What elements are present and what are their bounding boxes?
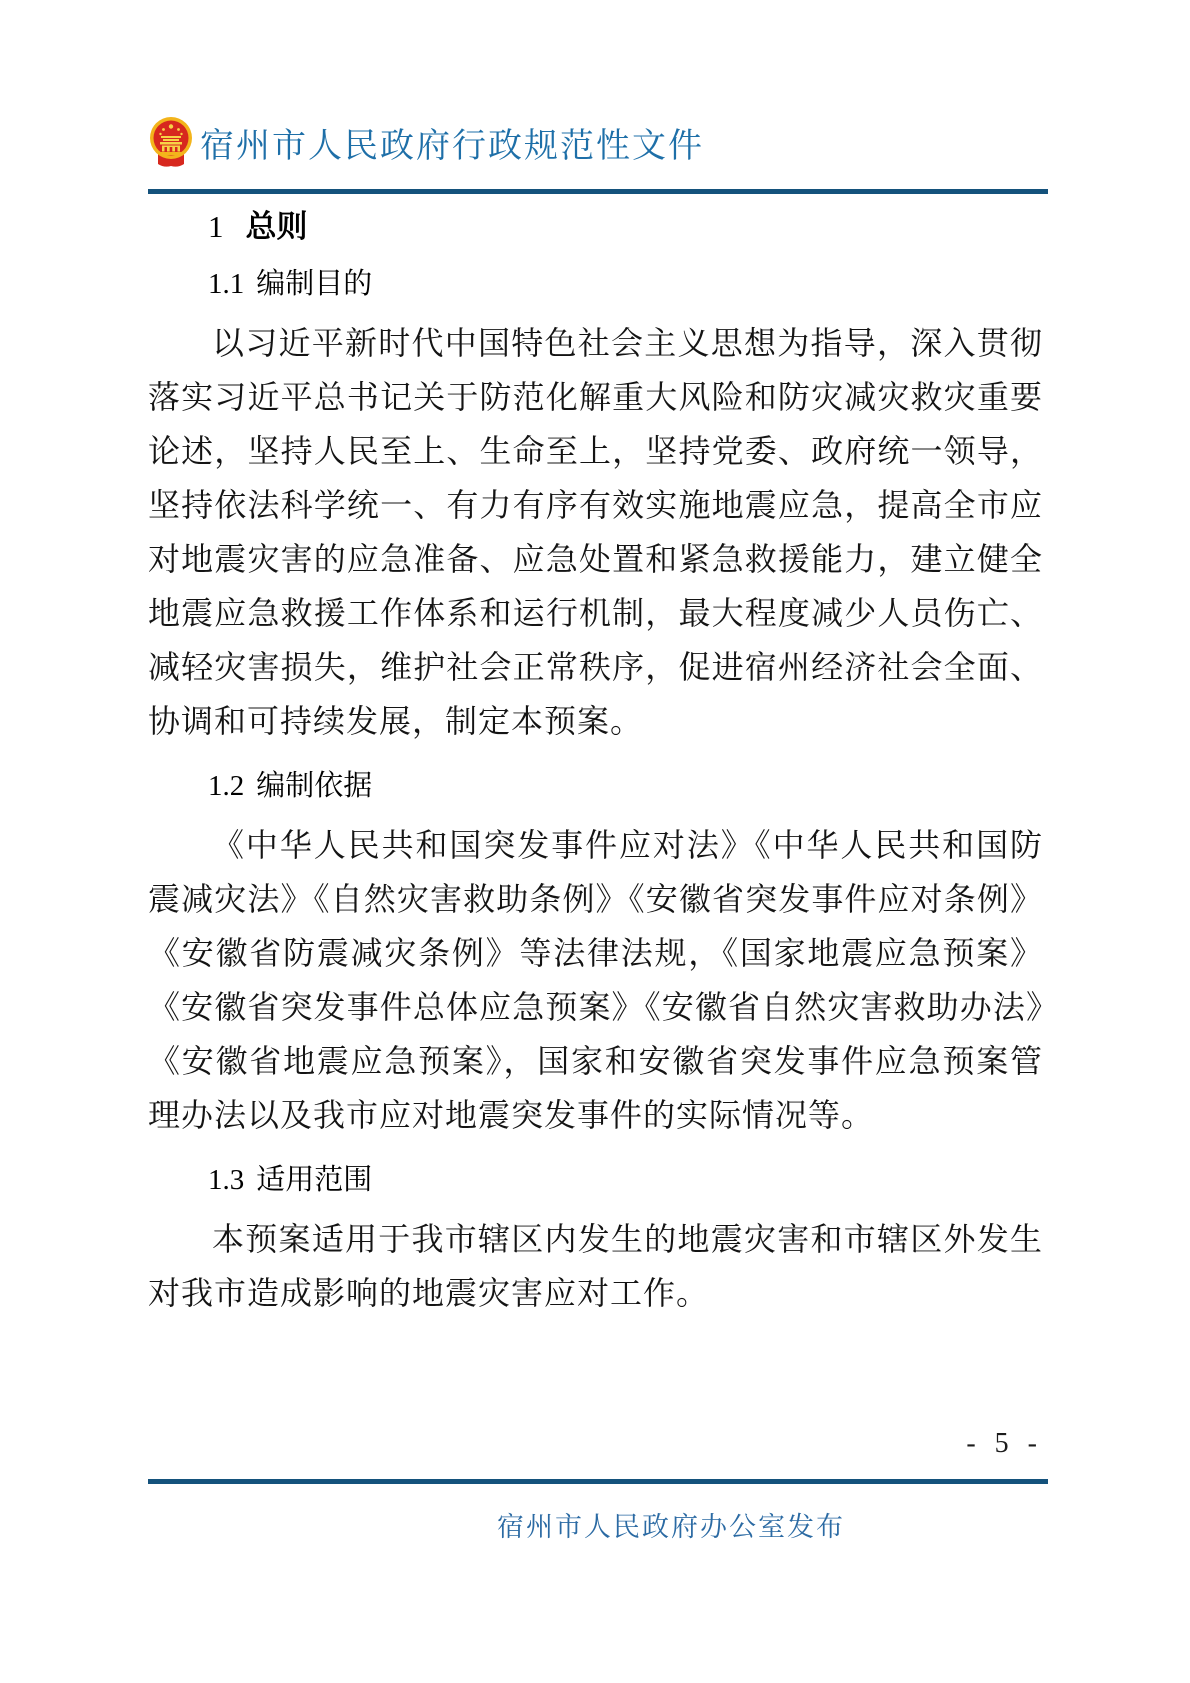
document-header: 宿州市人民政府行政规范性文件	[148, 0, 1043, 168]
subsection-heading-1-3: 1.3适用范围	[208, 1162, 1043, 1198]
paragraph-scope: 本预案适用于我市辖区内发生的地震灾害和市辖区外发生对我市造成影响的地震灾害应对工…	[148, 1212, 1043, 1320]
page-number: - 5 -	[966, 1428, 1043, 1460]
paragraph-purpose: 以习近平新时代中国特色社会主义思想为指导，深入贯彻落实习近平总书记关于防范化解重…	[148, 316, 1043, 748]
section-number: 1	[208, 209, 224, 244]
header-title: 宿州市人民政府行政规范性文件	[200, 118, 704, 167]
subsection-heading-1-1: 1.1编制目的	[208, 266, 1043, 302]
subsection-number: 1.2	[208, 770, 244, 802]
subsection-title: 编制目的	[256, 268, 372, 300]
header-rule	[148, 189, 1048, 194]
national-emblem-icon	[148, 116, 194, 168]
footer-rule	[148, 1479, 1048, 1484]
subsection-number: 1.3	[208, 1164, 244, 1196]
section-title: 总则	[246, 209, 308, 244]
subsection-heading-1-2: 1.2编制依据	[208, 768, 1043, 804]
paragraph-basis: 《中华人民共和国突发事件应对法》《中华人民共和国防震减灾法》《自然灾害救助条例》…	[148, 818, 1043, 1142]
subsection-title: 适用范围	[256, 1164, 372, 1196]
subsection-number: 1.1	[208, 268, 244, 300]
document-page: 宿州市人民政府行政规范性文件 1总则 1.1编制目的 以习近平新时代中国特色社会…	[0, 0, 1190, 1683]
subsection-title: 编制依据	[256, 770, 372, 802]
section-heading: 1总则	[208, 208, 1043, 246]
publisher-line: 宿州市人民政府办公室发布	[497, 1505, 845, 1544]
